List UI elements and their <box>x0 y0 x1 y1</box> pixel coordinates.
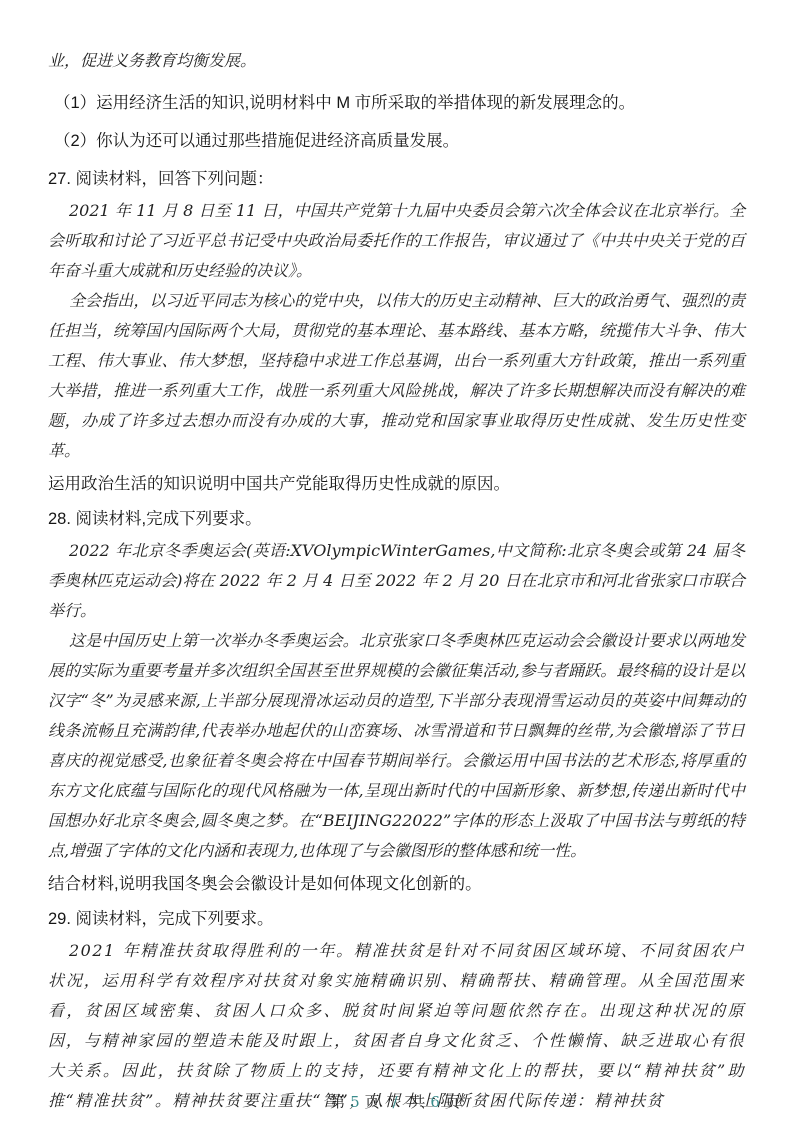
question-28-heading: 28. 阅读材料,完成下列要求。 <box>48 508 745 530</box>
question-26-subquestion-2: （2）你认为还可以通过那些措施促进经济高质量发展。 <box>48 130 745 152</box>
footer-prefix-label: 第 <box>330 1093 348 1111</box>
question-28-task: 结合材料,说明我国冬奥会会徽设计是如何体现文化创新的。 <box>48 873 745 895</box>
question-28-material-paragraph-1: 2022 年北京冬季奥运会(英语:XVOlympicWinterGames,中文… <box>48 536 745 626</box>
page-content: 业，促进义务教育均衡发展。 （1）运用经济生活的知识,说明材料中 M 市所采取的… <box>0 0 793 1116</box>
page-footer: 第5页 / 共6页 <box>0 1091 793 1112</box>
footer-total-pages-number: 6 <box>428 1093 445 1111</box>
question-29-heading: 29. 阅读材料，完成下列要求。 <box>48 908 745 930</box>
material-continuation-line: 业，促进义务教育均衡发展。 <box>48 50 745 72</box>
question-27-heading: 27. 阅读材料，回答下列问题： <box>48 168 745 190</box>
question-27-material-paragraph-2: 全会指出，以习近平同志为核心的党中央，以伟大的历史主动精神、巨大的政治勇气、强烈… <box>48 286 745 466</box>
footer-pages-label: 页 <box>445 1093 463 1111</box>
footer-page-label: 页 <box>365 1093 383 1111</box>
question-27-task: 运用政治生活的知识说明中国共产党能取得历史性成就的原因。 <box>48 473 745 495</box>
question-28-material-paragraph-2: 这是中国历史上第一次举办冬季奥运会。北京张家口冬季奥林匹克运动会会徽设计要求以两… <box>48 626 745 866</box>
question-29-material-paragraph-1: 2021 年精准扶贫取得胜利的一年。精准扶贫是针对不同贫困区域环境、不同贫困农户… <box>48 936 745 1116</box>
footer-total-label: 共 <box>410 1093 428 1111</box>
footer-separator: / <box>390 1093 402 1111</box>
question-26-subquestion-1: （1）运用经济生活的知识,说明材料中 M 市所采取的举措体现的新发展理念的。 <box>48 92 745 114</box>
exam-paper-page: 业，促进义务教育均衡发展。 （1）运用经济生活的知识,说明材料中 M 市所采取的… <box>0 0 793 1116</box>
footer-current-page-number: 5 <box>348 1093 365 1111</box>
question-27-material-paragraph-1: 2021 年 11 月 8 日至 11 日，中国共产党第十九届中央委员会第六次全… <box>48 196 745 286</box>
